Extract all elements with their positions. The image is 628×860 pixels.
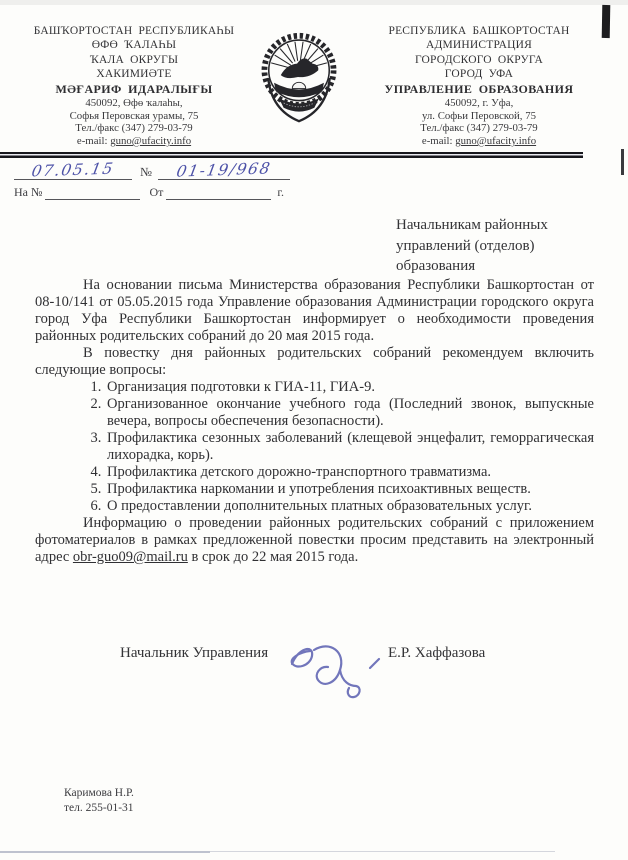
addressee-block: Начальникам районных управлений (отделов…	[396, 215, 611, 277]
scan-edge-bottom-2	[210, 851, 555, 852]
email-address: guno@ufacity.info	[455, 135, 536, 147]
reference-block: 07.05.15№01-19/968 На № От г.	[14, 161, 354, 203]
paragraph-2: В повестку дня районных родительских соб…	[35, 345, 594, 379]
letterhead-line: ӨФӨ ҠАЛАҺЫ	[10, 38, 258, 52]
agenda-list: Организация подготовки к ГИА-11, ГИА-9. …	[35, 379, 594, 515]
org-name-bashkir: МӘҒАРИФ ИДАРАЛЫҒЫ	[10, 82, 258, 97]
email-address: guno@ufacity.info	[110, 135, 191, 147]
addressee-line: образования	[396, 256, 611, 277]
executor-name: Каримова Н.Р.	[64, 786, 134, 801]
letterhead-line: ХАКИМИӘТЕ	[10, 67, 258, 81]
contact-email: obr-guo09@mail.ru	[73, 549, 188, 565]
email-label: e-mail:	[422, 135, 455, 147]
outgoing-number-field: 01-19/968	[158, 161, 290, 180]
paragraph-1: На основании письма Министерства образов…	[35, 277, 594, 345]
ufa-coat-of-arms-icon	[260, 30, 338, 126]
reference-row-reply: На № От г.	[14, 185, 354, 203]
handwritten-number: 01-19/968	[175, 159, 273, 180]
letterhead-line: ГОРОД УФА	[336, 67, 622, 81]
org-name-russian: УПРАВЛЕНИЕ ОБРАЗОВАНИЯ	[336, 82, 622, 97]
addressee-line: управлений (отделов)	[396, 236, 611, 257]
letterhead-russian: РЕСПУБЛИКА БАШКОРТОСТАН АДМИНИСТРАЦИЯ ГО…	[336, 24, 622, 148]
signer-position: Начальник Управления	[120, 645, 268, 662]
address-line: ул. Софьи Перовской, 75	[336, 111, 622, 123]
agenda-item: Организация подготовки к ГИА-11, ГИА-9.	[105, 379, 594, 396]
email-line: e-mail: guno@ufacity.info	[10, 136, 258, 148]
agenda-item: Профилактика сезонных заболеваний (клеще…	[105, 430, 594, 464]
handwritten-date: 07.05.15	[30, 160, 116, 181]
scanned-letter-page: БАШҠОРТОСТАН РЕСПУБЛИКАҺЫ ӨФӨ ҠАЛАҺЫ ҠАЛ…	[0, 0, 628, 860]
scan-edge-top	[0, 0, 628, 5]
reply-number-blank	[45, 186, 140, 200]
letterhead-bashkir: БАШҠОРТОСТАН РЕСПУБЛИКАҺЫ ӨФӨ ҠАЛАҺЫ ҠАЛ…	[10, 24, 258, 148]
executor-block: Каримова Н.Р. тел. 255-01-31	[64, 786, 134, 815]
reply-date-blank	[166, 186, 271, 200]
letterhead-divider	[0, 152, 583, 158]
agenda-item: Профилактика детского дорожно-транспортн…	[105, 464, 594, 481]
addressee-line: Начальникам районных	[396, 215, 611, 236]
agenda-item: Профилактика наркомании и употребления п…	[105, 481, 594, 498]
ot-label: От	[149, 185, 163, 199]
address-line: Софья Перовская урамы, 75	[10, 111, 258, 123]
agenda-item: Организованное окончание учебного года (…	[105, 396, 594, 430]
g-label: г.	[277, 185, 284, 199]
na-label: На №	[14, 185, 42, 199]
address-line: Тел./факс (347) 279-03-79	[336, 123, 622, 135]
address-line: 450092, Өфө ҡалаһы,	[10, 98, 258, 110]
address-line: 450092, г. Уфа,	[336, 98, 622, 110]
letterhead-line: ҠАЛА ОКРУГЫ	[10, 53, 258, 67]
handwritten-signature	[270, 634, 390, 722]
executor-phone: тел. 255-01-31	[64, 801, 134, 816]
signer-name: Е.Р. Хаффазова	[388, 645, 485, 662]
letterhead-line: БАШҠОРТОСТАН РЕСПУБЛИКАҺЫ	[10, 24, 258, 38]
address-line: Тел./факс (347) 279-03-79	[10, 123, 258, 135]
letter-body: На основании письма Министерства образов…	[35, 277, 594, 566]
date-field: 07.05.15	[14, 161, 132, 180]
email-line: e-mail: guno@ufacity.info	[336, 136, 622, 148]
email-label: e-mail:	[77, 135, 110, 147]
letterhead-line: ГОРОДСКОГО ОКРУГА	[336, 53, 622, 67]
number-sign-label: №	[140, 165, 152, 179]
scan-edge-right-mark	[621, 149, 624, 175]
letterhead-line: АДМИНИСТРАЦИЯ	[336, 38, 622, 52]
reference-row-date: 07.05.15№01-19/968	[14, 161, 354, 183]
paragraph-3: Информацию о проведении районных родител…	[35, 515, 594, 566]
agenda-item: О предоставлении дополнительных платных …	[105, 498, 594, 515]
paragraph-3-text-end: в срок до 22 мая 2015 года.	[188, 549, 358, 565]
letterhead-line: РЕСПУБЛИКА БАШКОРТОСТАН	[336, 24, 622, 38]
scan-edge-bottom	[0, 851, 210, 853]
